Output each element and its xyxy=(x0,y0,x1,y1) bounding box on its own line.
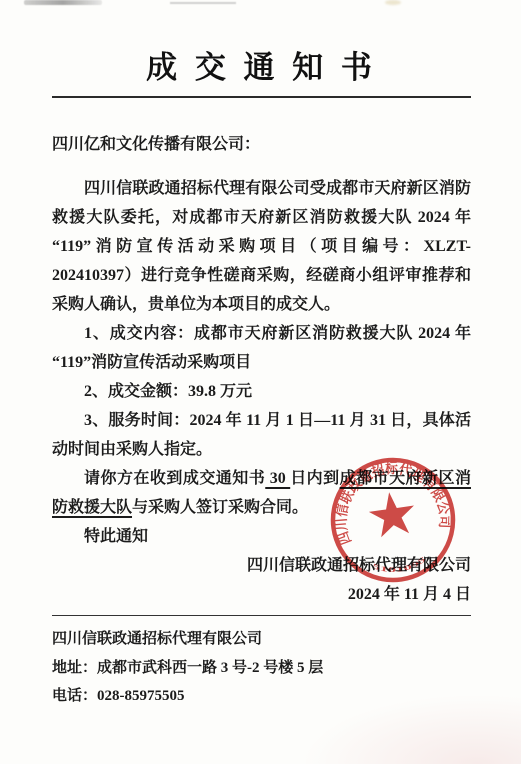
address-value: 成都市武科西一路 3 号-2 号楼 5 层 xyxy=(97,660,323,676)
sign-prefix-text: 请你方在收到成交通知书 xyxy=(84,470,265,487)
address-label: 地址： xyxy=(52,660,97,676)
intro-paragraph: 四川信联政通招标代理有限公司受成都市天府新区消防救援大队委托，对成都市天府新区消… xyxy=(52,174,471,319)
contract-signing-paragraph: 请你方在收到成交通知书 30 日内到成都市天府新区消防救援大队与采购人签订采购合… xyxy=(52,464,471,522)
service-period-item: 3、服务时间：2024 年 11 月 1 日—11 月 31 日，具体活动时间由… xyxy=(52,406,471,464)
closing-line: 特此通知 xyxy=(52,522,471,551)
title-divider xyxy=(52,96,471,98)
agency-footer: 四川信联政通招标代理有限公司 地址：成都市武科西一路 3 号-2 号楼 5 层 … xyxy=(52,625,471,711)
sign-suffix-text: 与采购人签订采购合同。 xyxy=(132,499,308,516)
sign-mid-text: 日内到 xyxy=(290,470,339,487)
signature-date: 2024 年 11 月 4 日 xyxy=(52,580,471,609)
addressee-line: 四川亿和文化传播有限公司： xyxy=(52,130,471,159)
notice-document-page: 成 交 通 知 书 四川亿和文化传播有限公司： 四川信联政通招标代理有限公司受成… xyxy=(0,0,521,764)
signature-company: 四川信联政通招标代理有限公司 xyxy=(52,551,471,580)
award-amount-item: 2、成交金额：39.8 万元 xyxy=(52,377,471,406)
phone-value: 028-85975505 xyxy=(97,688,185,704)
footer-company: 四川信联政通招标代理有限公司 xyxy=(52,625,471,654)
footer-address-line: 地址：成都市武科西一路 3 号-2 号楼 5 层 xyxy=(52,654,471,683)
sign-days-underlined: 30 xyxy=(265,470,290,487)
award-content-item: 1、成交内容：成都市天府新区消防救援大队 2024 年“119”消防宣传活动采购… xyxy=(52,319,471,377)
notice-body: 四川信联政通招标代理有限公司受成都市天府新区消防救援大队委托，对成都市天府新区消… xyxy=(52,174,471,551)
phone-label: 电话： xyxy=(52,688,97,704)
signature-block: 四川信联政通招标代理有限公司 2024 年 11 月 4 日 xyxy=(52,551,471,609)
document-content: 成 交 通 知 书 四川亿和文化传播有限公司： 四川信联政通招标代理有限公司受成… xyxy=(52,0,471,711)
footer-phone-line: 电话：028-85975505 xyxy=(52,682,471,711)
page-title: 成 交 通 知 书 xyxy=(52,0,471,87)
footer-divider xyxy=(52,615,471,616)
